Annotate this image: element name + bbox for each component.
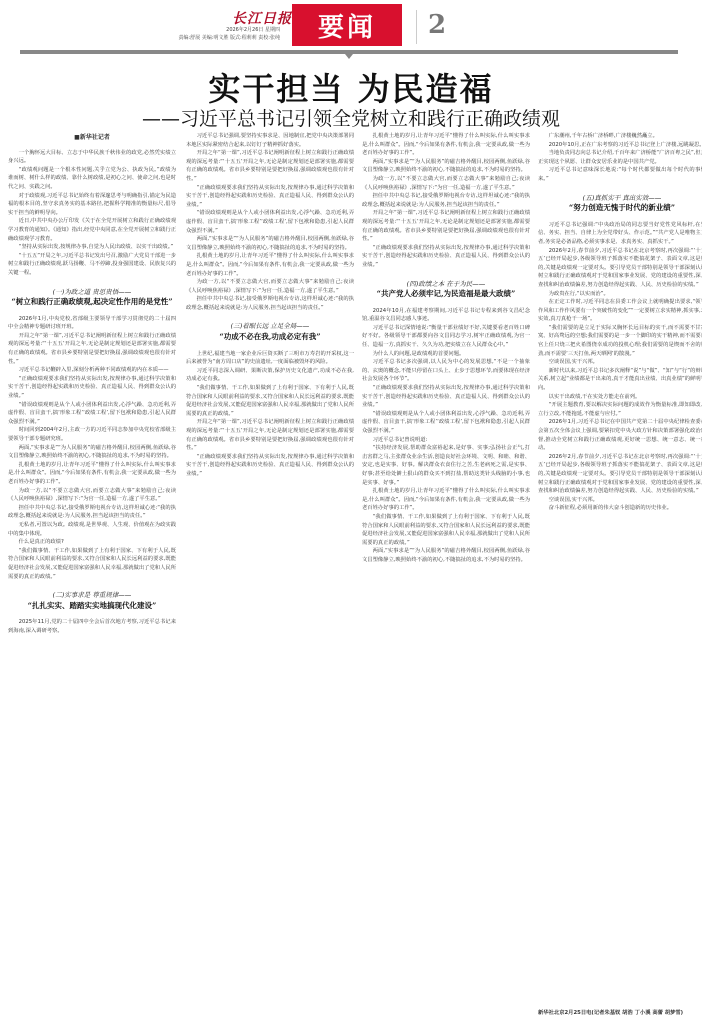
section-kicker: (三)着眼长远 立足全局—— bbox=[186, 322, 354, 331]
paragraph: 奋斗新征程,必须用新的伟大奋斗创造新的历史伟业。 bbox=[538, 504, 702, 513]
paragraph: 扎根黄土地的岁月,让青年习近平“懂得了什么叫实际,什么叫实事求是,什么叫群众”。… bbox=[8, 461, 176, 487]
paragraph: “正确政绩观要求我们坚持从实际出发,按规律办事,通过科学决策和实干苦干,创造经得… bbox=[186, 184, 354, 210]
page-number: 2 bbox=[428, 10, 446, 40]
paragraph: 担任中共中央总书记,接受俄罗斯电视台专访,这样坦诚心迹:“我的执政理念,概括起来… bbox=[362, 192, 530, 209]
paragraph: 两面,“实事求是”“为人民服务”的磁吉格外醒目,校园两侧,鱼跃绿,谷文昌塑像静立… bbox=[186, 235, 354, 252]
paragraph: 2026年2月,春节前夕,习近平总书记在北京考察时,再次强调:“‘十五五’已经开… bbox=[538, 247, 702, 290]
column-4: 广东潮州,千年古桥广济桥畔,广济楼巍然矗立。 2020年10月,正在广东考察的习… bbox=[538, 132, 702, 992]
paragraph: “错误政绩观则是从个人或小团体利益出发,心浮气躁、急功近利,弄虚作假、盲目蛮干,… bbox=[186, 209, 354, 235]
paragraph: 担任中共中央总书记,接受俄罗斯电视台专访,这样坦诚心迹:“我的执政理念,概括起来… bbox=[8, 504, 176, 521]
paragraph: 无私者,可置以为政。政绩观,是世界观、人生观、价值观在为政实践中的集中体现。 bbox=[8, 521, 176, 538]
paragraph: “我们做事情、干工作,如果做到了上有利于国家、下有利于人民,既符合国家和人民眼前… bbox=[8, 547, 176, 581]
section-kicker: (五)真抓实干 真出实效—— bbox=[538, 194, 702, 203]
paragraph: 习近平总书记强调,要坚持实事求是、因地制宜,把党中央决策部署同本地区实际紧密结合… bbox=[186, 132, 354, 149]
paragraph: “坚持从实际出发,按规律办事,自觉为人民出政绩、以实干出政绩。” bbox=[8, 243, 176, 252]
paragraph: 2026年1月,中央党校,省部级主要领导干部学习贯彻党的二十届四中全会精神专题研… bbox=[8, 315, 176, 332]
paragraph: 2025年11月,党的二十届四中全会后首次地方考察,习近平总书记来到海南,深入调… bbox=[8, 618, 176, 635]
paragraph: 为政一方,以“不要立志做大官,而要立志做大事”来勉励自己;夜读《人民呼唤焦裕禄》… bbox=[8, 487, 176, 504]
section-heading-4: (四)政绩之本 在于为民—— “共产党人必须牢记,为民造福是最大政绩” bbox=[362, 280, 530, 299]
paragraph: 为政一方,以“不要立志做大官,而要立志做大事”来勉励自己;夜读《人民呼唤焦裕禄》… bbox=[362, 175, 530, 192]
paragraph: 开局之年“第一课”,习近平总书记阐明新征程上树立和践行正确政绩观的深远考量:“‘… bbox=[362, 209, 530, 243]
article-dateline: 新华社北京2月25日电(记者朱基钗 胡浩 丁小溪 高蕾 胡梦雪) bbox=[538, 1008, 698, 1016]
paragraph: 习近平总书记多次强调,以人民为中心的发展思想,“不是一个抽象的、玄奥的概念,不能… bbox=[362, 358, 530, 384]
paragraph: 习近平总书记鞭辟入里,深刻分析两种不同政绩观的内在本质—— bbox=[8, 366, 176, 375]
column-2: 习近平总书记强调,要坚持实事求是、因地制宜,把党中央决策部署同本地区实际紧密结合… bbox=[186, 132, 354, 1012]
paragraph: “正确政绩观要求我们坚持从实际出发,按规律办事,通过科学决策和实干苦干,创造经得… bbox=[362, 384, 530, 410]
section-kicker: (一)为政之道 贵思贵悟—— bbox=[8, 288, 176, 297]
paragraph: “正确政绩观要求我们坚持从实际出发,按规律办事,通过科学决策和实干苦干,创造经得… bbox=[186, 453, 354, 479]
paragraph: 开局之年“第一课”,习近平总书记阐明新征程上树立和践行正确政绩观的深远考量:“‘… bbox=[186, 418, 354, 452]
paragraph: 广东潮州,千年古桥广济桥畔,广济楼巍然矗立。 bbox=[538, 132, 702, 141]
paragraph: “正确政绩观要求我们坚持从实际出发,按规律办事,通过科学决策和实干苦干,创造经得… bbox=[8, 375, 176, 401]
section-heading-2: (二)实事求是 尊重规律—— “扎扎实实、踏踏实实地搞现代化建设” bbox=[8, 591, 176, 610]
paragraph: “十五五”开局之年,习近平总书记发出号召,激励广大党员干部进一步树立和践行正确政… bbox=[8, 252, 176, 278]
paragraph: 两面,“实事求是”“为人民服务”的磁吉格外醒目,校园两侧,鱼跃绿,谷文昌塑像静立… bbox=[362, 158, 530, 175]
paragraph: “我们需要的是立足于实际又胸怀长远目标的实干,而不需要不甘寂寞、好高骛远的空想;… bbox=[538, 324, 702, 358]
paragraph: 以实干出政绩,干在实处方能走在前列。 bbox=[538, 393, 702, 402]
header-rule-pointer bbox=[345, 54, 353, 59]
paragraph: 2020年10月,正在广东考察的习近平总书记登上广济楼,远眺凝思。 bbox=[538, 141, 702, 150]
paragraph: 两面,“实事求是”“为人民服务”的磁吉格外醒目,校园两侧,鱼跃绿,谷文昌塑像静立… bbox=[362, 547, 530, 564]
paragraph: 为政一方,以“不要立志做大官,而要立志做大事”来勉励自己;夜读《人民呼唤焦裕禄》… bbox=[186, 278, 354, 295]
paragraph: 2026年2月,春节前夕,习近平总书记在北京考察时,再次强调:“‘十五五’已经开… bbox=[538, 453, 702, 496]
paragraph: 对于政绩观,习近平总书记始终有着深邃思考与明确指引,锚定为民造福的根本目的,坚守… bbox=[8, 192, 176, 218]
section-heading-3: (三)着眼长远 立足全局—— “功成不必在我,功成必定有我” bbox=[186, 322, 354, 341]
masthead: 长江日报 2026年2月26日 星期四 责编:舒展 美编:明文胜 版式:程莉莉 … bbox=[0, 0, 702, 60]
column-3: 扎根黄土地的岁月,让青年习近平“懂得了什么叫实际,什么叫实事求是,什么叫群众”。… bbox=[362, 132, 530, 1012]
paragraph: 扎根黄土地的岁月,让青年习近平“懂得了什么叫实际,什么叫实事求是,什么叫群众”。… bbox=[362, 132, 530, 158]
editor-credits: 责编:舒展 美编:明文胜 版式:程莉莉 责校:张纯 bbox=[178, 34, 280, 41]
paragraph: 空谈误国,实干兴邦。 bbox=[538, 496, 702, 505]
paragraph: 2024年10月,在福建考察期间,习近平总书记专程来到谷文昌纪念馆,重温谷文昌同… bbox=[362, 307, 530, 324]
paragraph: 在正定工作时,习近平同志在县委工作会议上就明确提出要求,“领导作风和工作作风要有… bbox=[538, 298, 702, 324]
paragraph: 一个胸怀远大目标、立志于中华民族千秋伟业的政党,必然凭实绩立身兴远。 bbox=[8, 149, 176, 166]
divider bbox=[416, 10, 417, 44]
paragraph: “正确政绩观要求我们坚持从实际出发,按规律办事,通过科学决策和实干苦干,创造经得… bbox=[362, 244, 530, 270]
paragraph: 习近平同志深入调研、果断决策,保护历史文化遗产,功成不必在我,功成必定有我。 bbox=[186, 367, 354, 384]
paragraph: 开局之年“第一课”,习近平总书记阐明新征程上树立和践行正确政绩观的深远考量:“‘… bbox=[8, 332, 176, 366]
section-kicker: (四)政绩之本 在于为民—— bbox=[362, 280, 530, 289]
column-1: ■新华社记者 一个胸怀远大目标、立志于中华民族千秋伟业的政党,必然凭实绩立身兴远… bbox=[8, 132, 176, 1012]
paragraph: 习近平总书记强调:“中央政治局的同志要当好党性党风标杆,在坚信、务实、担当、自律… bbox=[538, 221, 702, 247]
newspaper-logo: 长江日报 bbox=[232, 8, 292, 28]
paragraph: “错误政绩观则是从个人或小团体利益出发,心浮气躁、急功近利,弄虚作假、盲目蛮干,… bbox=[362, 410, 530, 436]
section-title: “共产党人必须牢记,为民造福是最大政绩” bbox=[362, 290, 530, 299]
paragraph: 时间回到2004年2月,主政一方的习近平同志参加中央党校省部级主要领导干部专题研… bbox=[8, 426, 176, 443]
paragraph: 新时代以来,习近平总书记多次阐释“说”与“做”、“知”与“行”的辩证关系,树立起… bbox=[538, 367, 702, 393]
section-heading-1: (一)为政之道 贵思贵悟—— “树立和践行正确政绩观,起决定性作用的是党性” bbox=[8, 288, 176, 307]
paragraph: “政绩观问题是一个根本性问题,关乎立党为公、执政为民。”政绩为谁而树、树什么样的… bbox=[8, 166, 176, 192]
paragraph: 什么是真正的政绩? bbox=[8, 538, 176, 547]
section-title: “功成不必在我,功成必定有我” bbox=[186, 333, 354, 342]
byline: ■新华社记者 bbox=[8, 134, 176, 143]
paragraph: 2026年1月,习近平总书记在中国共产党第二十届中央纪律检查委员会第五次全体会议… bbox=[538, 418, 702, 452]
paragraph: 习近平总书记曾说明道: bbox=[362, 436, 530, 445]
paragraph: 为什么人的问题,是政绩观的首要问题。 bbox=[362, 350, 530, 359]
paragraph: 习近平总书记深情地说:“衡量干部业绩好不好,关键要看老百姓口碑好不好。各级领导干… bbox=[362, 324, 530, 350]
section-title: “树立和践行正确政绩观,起决定性作用的是党性” bbox=[8, 298, 176, 307]
paragraph: 担任中共中央总书记,接受俄罗斯电视台专访,这样坦诚心迹:“我的执政理念,概括起来… bbox=[186, 295, 354, 312]
subheadline: ——习近平总书记引领全党树立和践行正确政绩观 bbox=[0, 104, 702, 131]
paragraph: 扎根黄土地的岁月,让青年习近平“懂得了什么叫实际,什么叫实事求是,什么叫群众”。… bbox=[186, 252, 354, 278]
section-title: “努力创造无愧于时代的新业绩” bbox=[538, 204, 702, 213]
issue-date: 2026年2月26日 星期四 bbox=[226, 26, 280, 33]
section-label: 要闻 bbox=[292, 4, 402, 46]
paragraph: 开局之年“第一课”,习近平总书记阐明新征程上树立和践行正确政绩观的深远考量:“‘… bbox=[186, 149, 354, 183]
paragraph: 近日,中共中央办公厅印发《关于在全党开展树立和践行正确政绩观学习教育的通知》。《… bbox=[8, 217, 176, 243]
paragraph: “我们做事情、干工作,如果做到了上有利于国家、下有利于人民,既符合国家和人民眼前… bbox=[186, 384, 354, 418]
paragraph: 扎根黄土地的岁月,让青年习近平“懂得了什么叫实际,什么叫实事求是,什么叫群众”。… bbox=[362, 487, 530, 513]
paragraph: “开展主题教育,要以解决实际问题的成效作为衡量标准,即知即改、立行立改,不能拖延… bbox=[538, 401, 702, 418]
paragraph: 为政贵在行,“以实而治”。 bbox=[538, 290, 702, 299]
paragraph: “扶持经济发展,帮助群众富裕起来,是好事、实事;弘扬社会正气,打击害群之马,主张… bbox=[362, 444, 530, 487]
section-heading-5: (五)真抓实干 真出实效—— “努力创造无愧于时代的新业绩” bbox=[538, 194, 702, 213]
paragraph: 习近平总书记意味深长地说:“每个时代都要做出每个时代的事情来。” bbox=[538, 166, 702, 183]
paragraph: “我们做事情、干工作,如果做到了上有利于国家、下有利于人民,既符合国家和人民眼前… bbox=[362, 513, 530, 547]
paragraph: “错误政绩观则是从个人或小团体利益出发,心浮气躁、急功近利,弄虚作假、盲目蛮干,… bbox=[8, 401, 176, 427]
paragraph: 空谈误国,实干兴邦。 bbox=[538, 358, 702, 367]
paragraph: 两面,“实事求是”“为人民服务”的磁吉格外醒目,校园两侧,鱼跃绿,谷文昌塑像静立… bbox=[8, 444, 176, 461]
section-kicker: (二)实事求是 尊重规律—— bbox=[8, 591, 176, 600]
paragraph: 当地负责同志向总书记介绍,千百年来广济桥能“广济百粤之民”,但真正实现这个夙愿、… bbox=[538, 149, 702, 166]
section-title: “扎扎实实、踏踏实实地搞现代化建设” bbox=[8, 602, 176, 611]
paragraph: 上世纪,福建当地一家企业斥巨资买断了三明市万寿岩的开采权,这一后来被誉为“南方周… bbox=[186, 350, 354, 367]
